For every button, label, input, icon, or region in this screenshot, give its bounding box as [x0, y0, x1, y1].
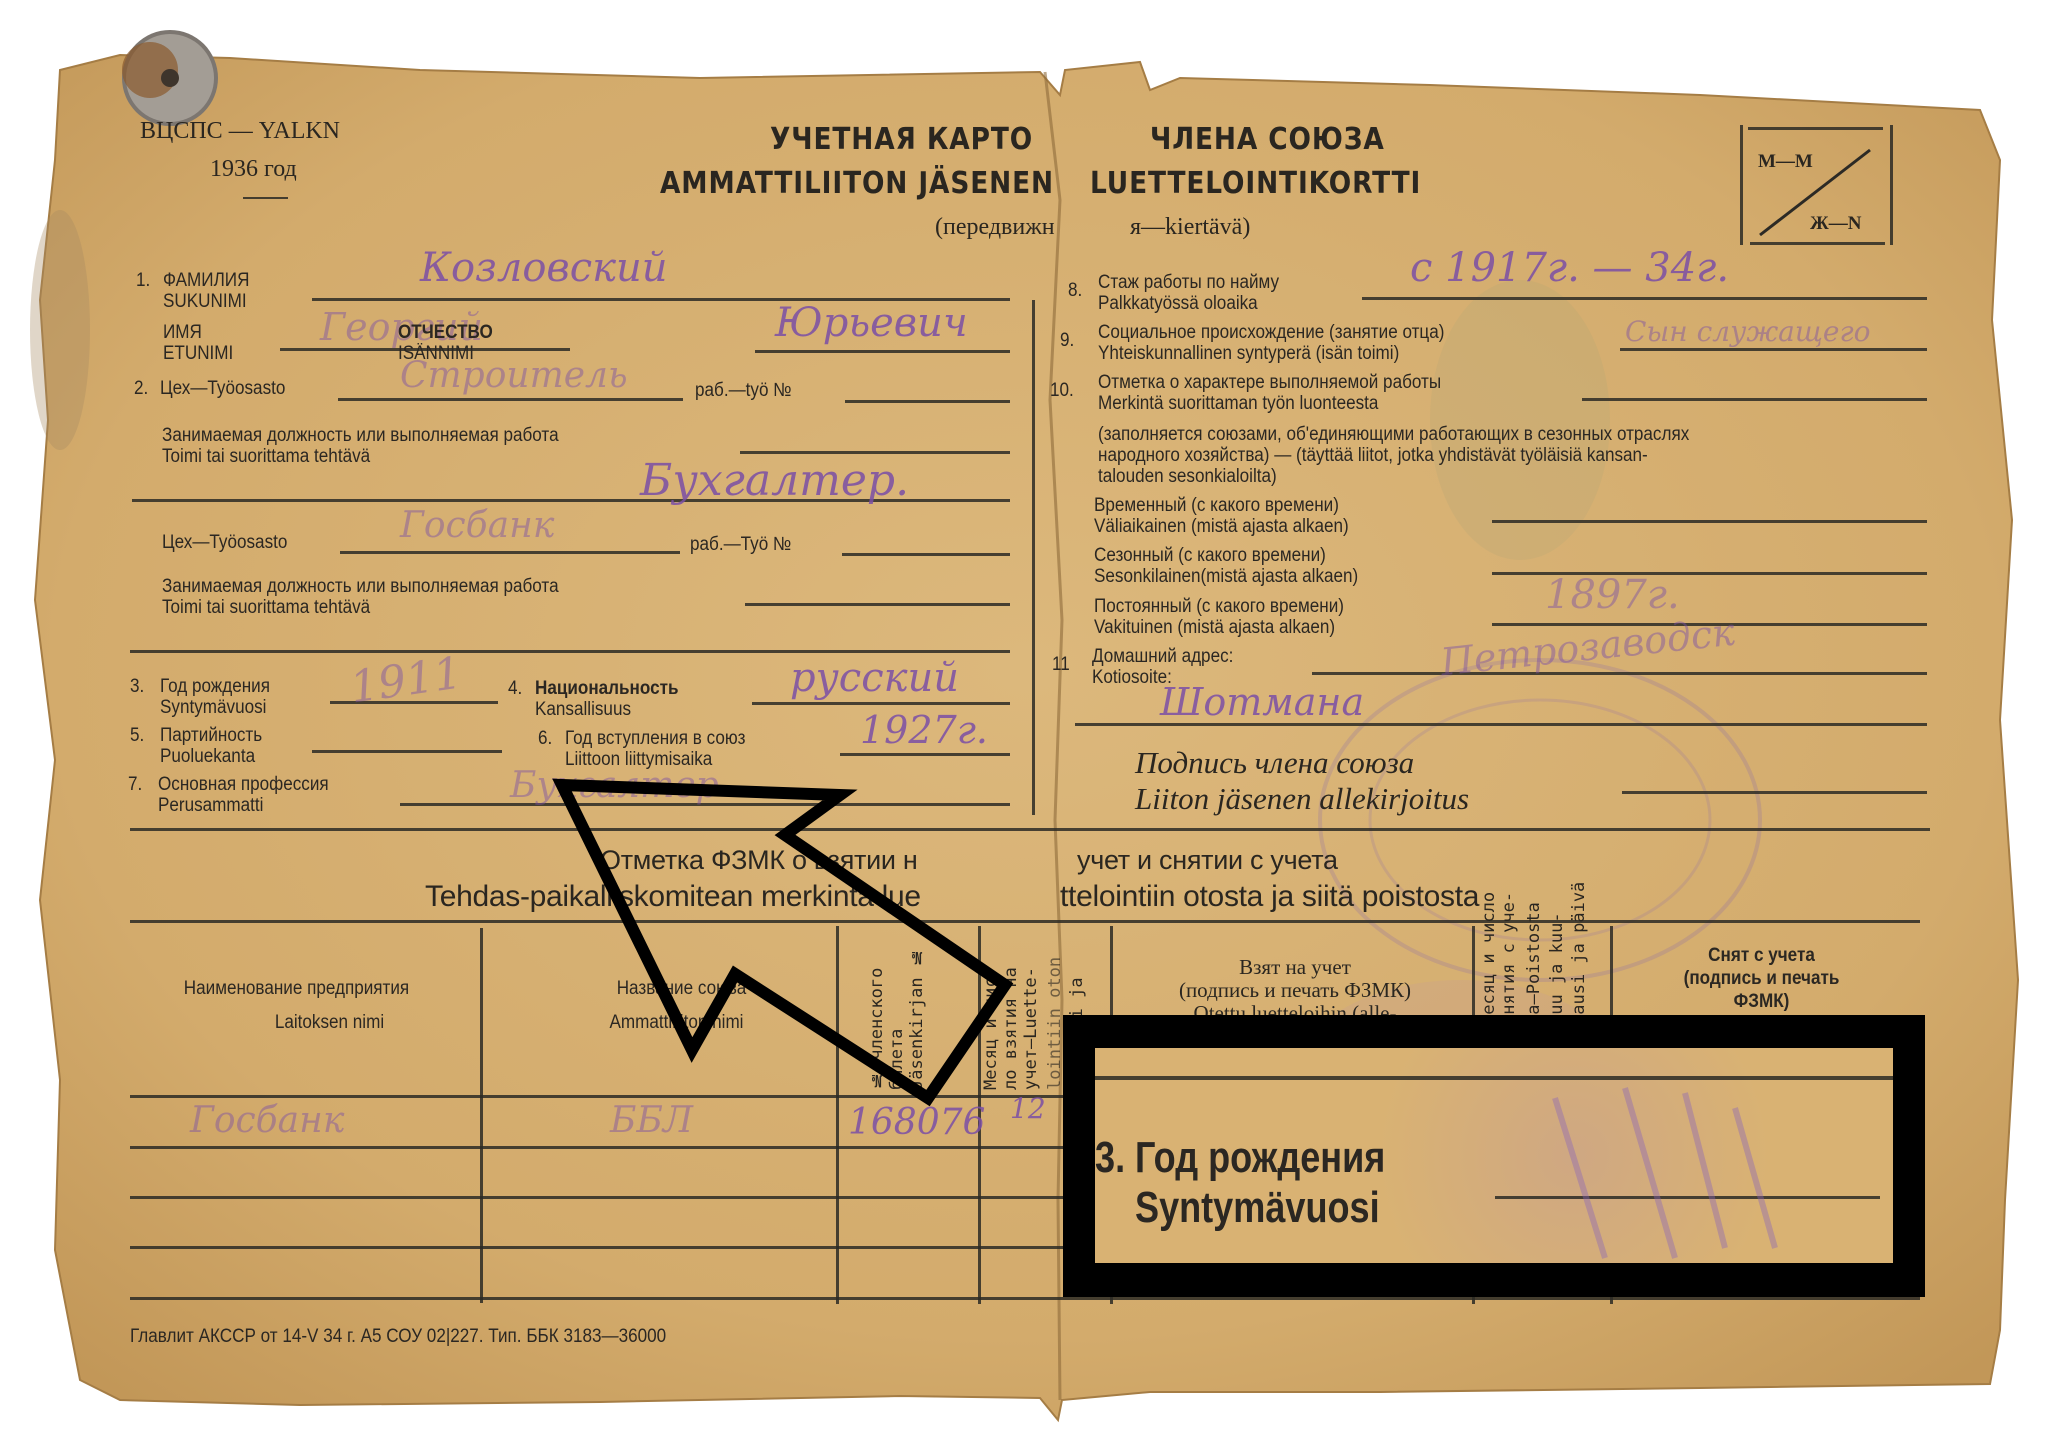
- union-membership-card: ВЦСПС — YALKN 1936 год УЧЕТНАЯ КАРТО ЧЛЕ…: [0, 0, 2048, 1453]
- inset-prefix: 3.: [1095, 1133, 1125, 1183]
- inset-label-ru: Год рождения: [1135, 1133, 1385, 1183]
- inset-label-fi: Syntymävuosi: [1135, 1183, 1380, 1233]
- inset-handwriting: [1535, 1078, 1795, 1263]
- zoom-inset-content: 3. Год рождения Syntymävuosi: [1095, 1048, 1893, 1263]
- zoom-inset: 3. Год рождения Syntymävuosi: [1063, 1015, 1925, 1297]
